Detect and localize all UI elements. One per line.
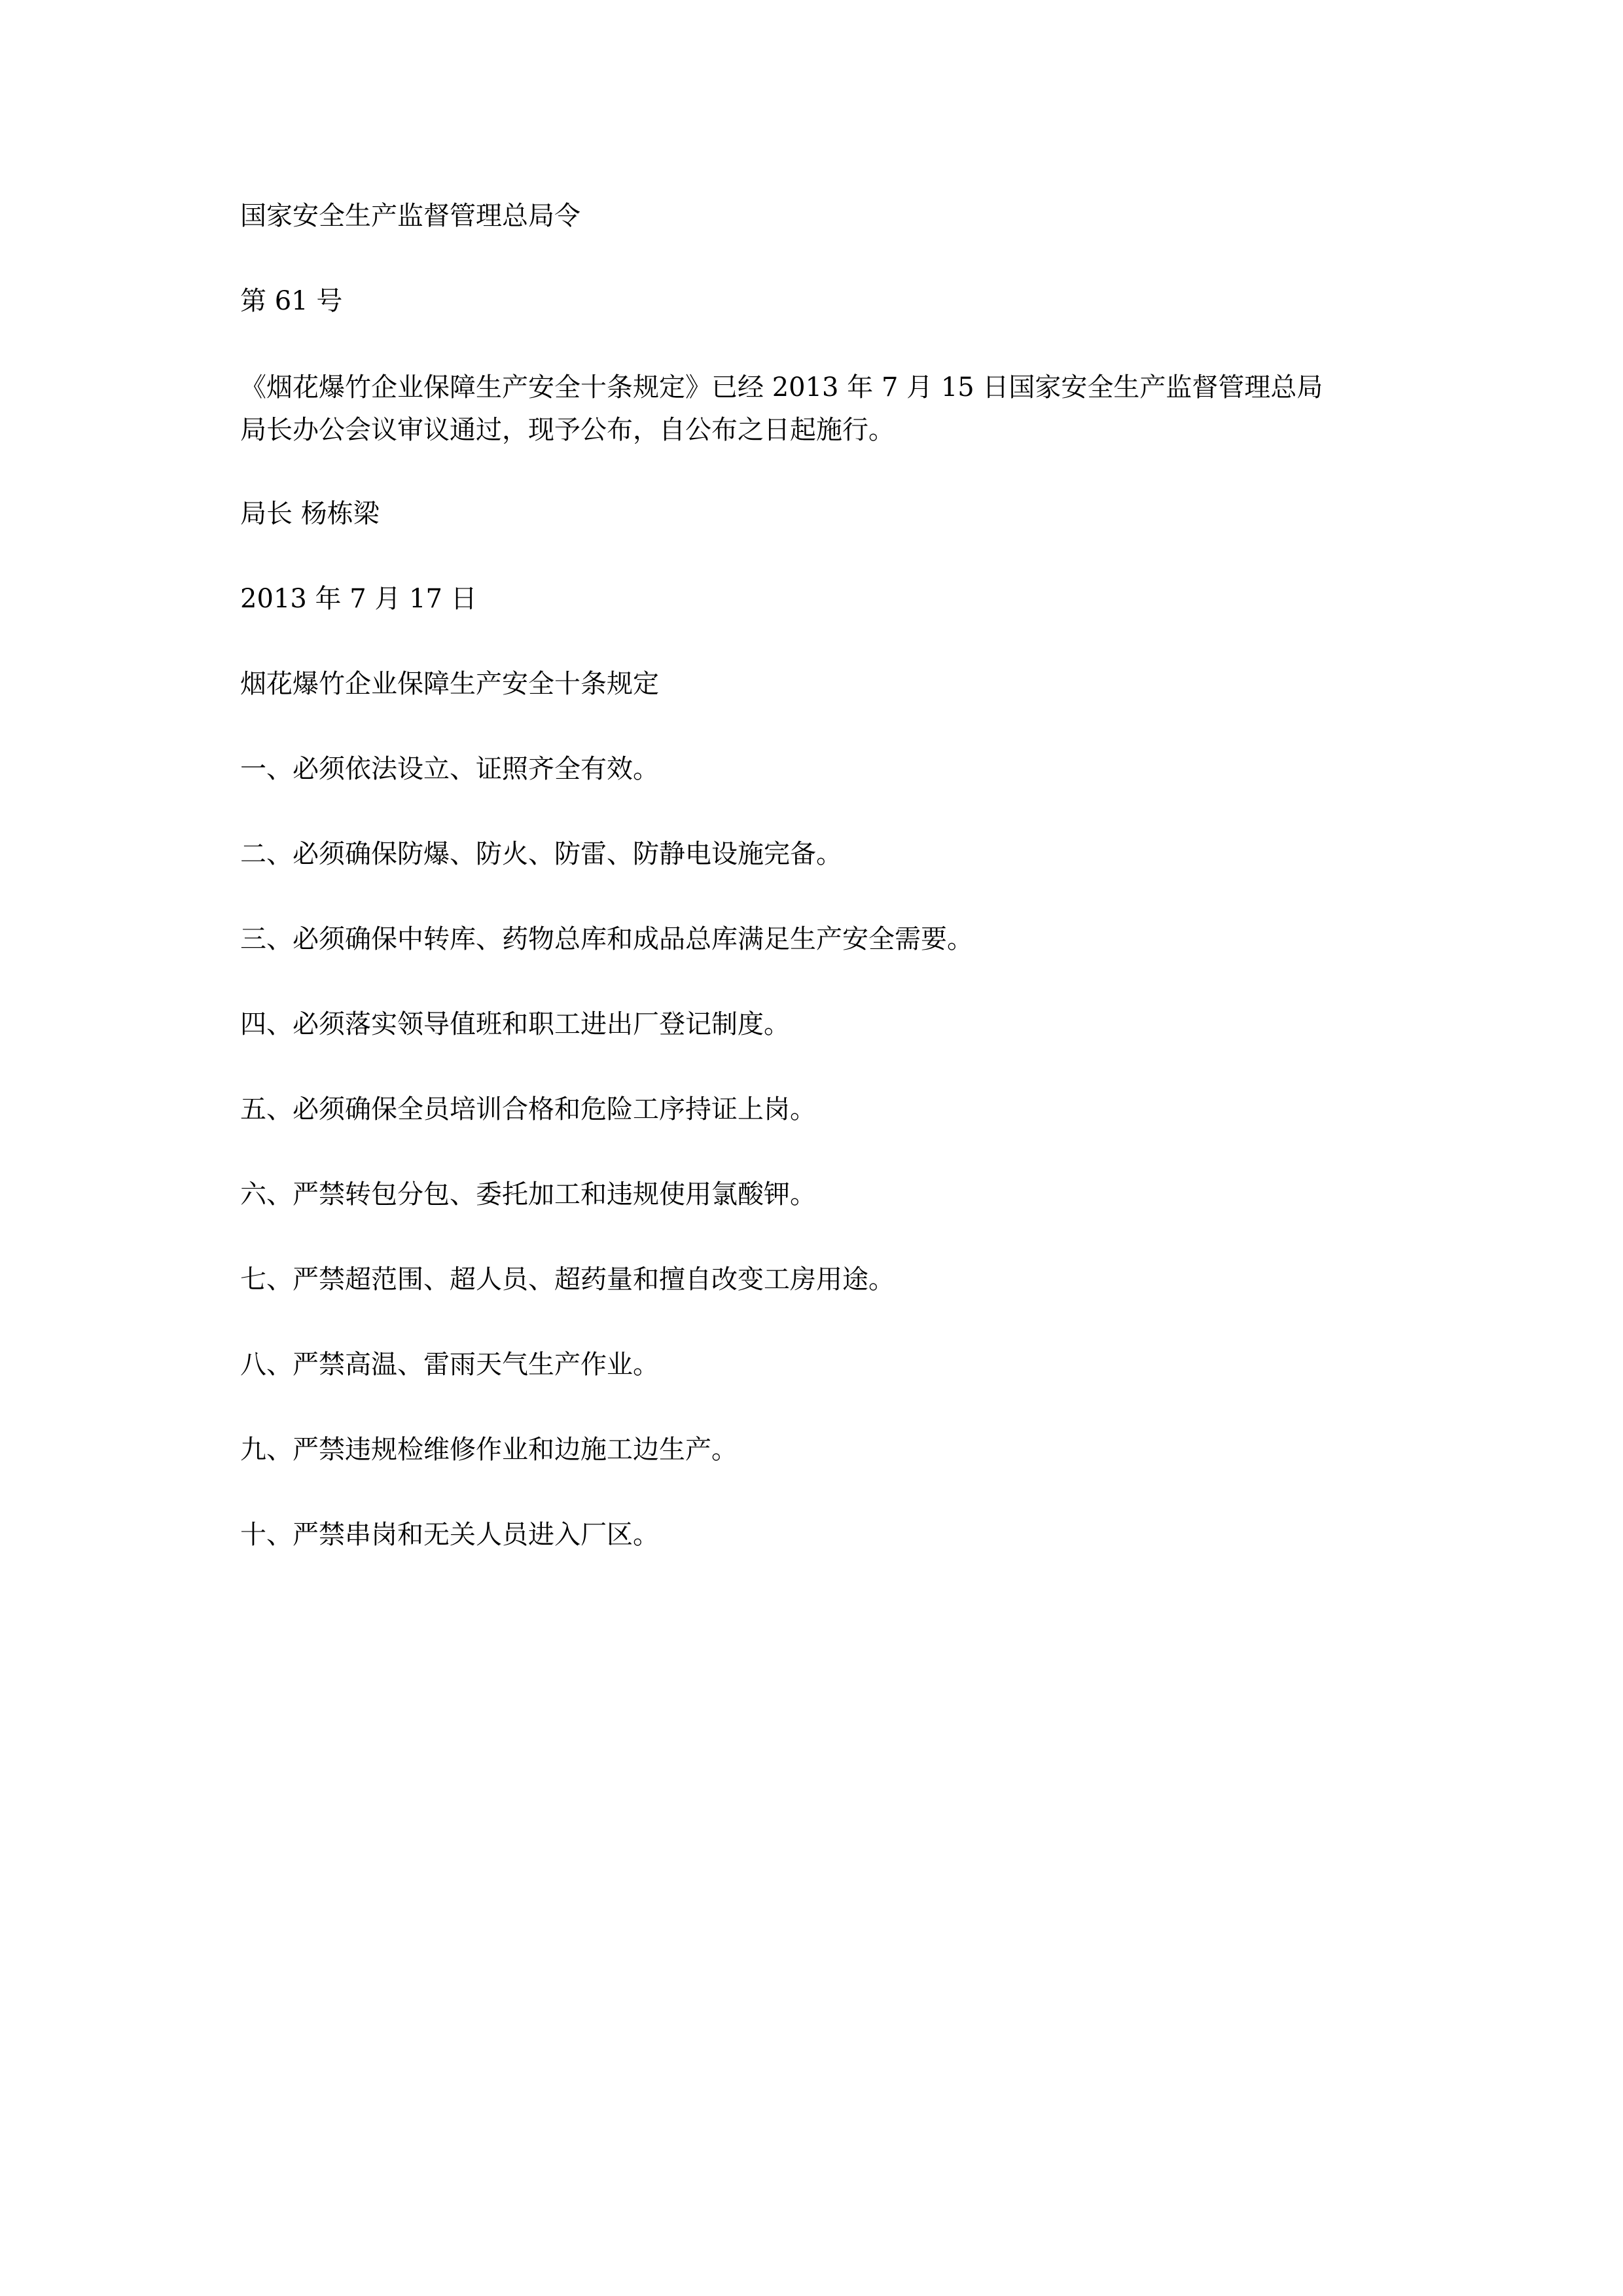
rule-item: 十、严禁串岗和无关人员进入厂区。 — [240, 1518, 659, 1551]
announcement-paragraph: 《烟花爆竹企业保障生产安全十条规定》已经 2013 年 7 月 15 日国家安全… — [240, 367, 1392, 452]
rule-item: 二、必须确保防爆、防火、防雷、防静电设施完备。 — [240, 838, 842, 870]
rule-item: 一、必须依法设立、证照齐全有效。 — [240, 753, 659, 785]
announcement-line-1: 《烟花爆竹企业保障生产安全十条规定》已经 2013 年 7 月 15 日国家安全… — [240, 367, 1392, 409]
order-number: 第 61 号 — [240, 285, 342, 317]
rule-item: 四、必须落实领导值班和职工进出厂登记制度。 — [240, 1008, 790, 1041]
rule-item: 九、严禁违规检维修作业和边施工边生产。 — [240, 1433, 738, 1466]
regulation-title: 烟花爆竹企业保障生产安全十条规定 — [240, 668, 659, 700]
rule-item: 三、必须确保中转库、药物总库和成品总库满足生产安全需要。 — [240, 923, 973, 956]
order-title: 国家安全生产监督管理总局令 — [240, 200, 580, 232]
signatory: 局长 杨栋梁 — [240, 497, 380, 530]
issue-date: 2013 年 7 月 17 日 — [240, 583, 477, 615]
rule-item: 八、严禁高温、雷雨天气生产作业。 — [240, 1348, 659, 1381]
announcement-line-2: 局长办公会议审议通过，现予公布，自公布之日起施行。 — [240, 409, 1392, 452]
rule-item: 七、严禁超范围、超人员、超药量和擅自改变工房用途。 — [240, 1263, 895, 1296]
document-page: 国家安全生产监督管理总局令 第 61 号 《烟花爆竹企业保障生产安全十条规定》已… — [0, 0, 1623, 2296]
rule-item: 六、严禁转包分包、委托加工和违规使用氯酸钾。 — [240, 1178, 816, 1211]
rule-item: 五、必须确保全员培训合格和危险工序持证上岗。 — [240, 1093, 816, 1126]
